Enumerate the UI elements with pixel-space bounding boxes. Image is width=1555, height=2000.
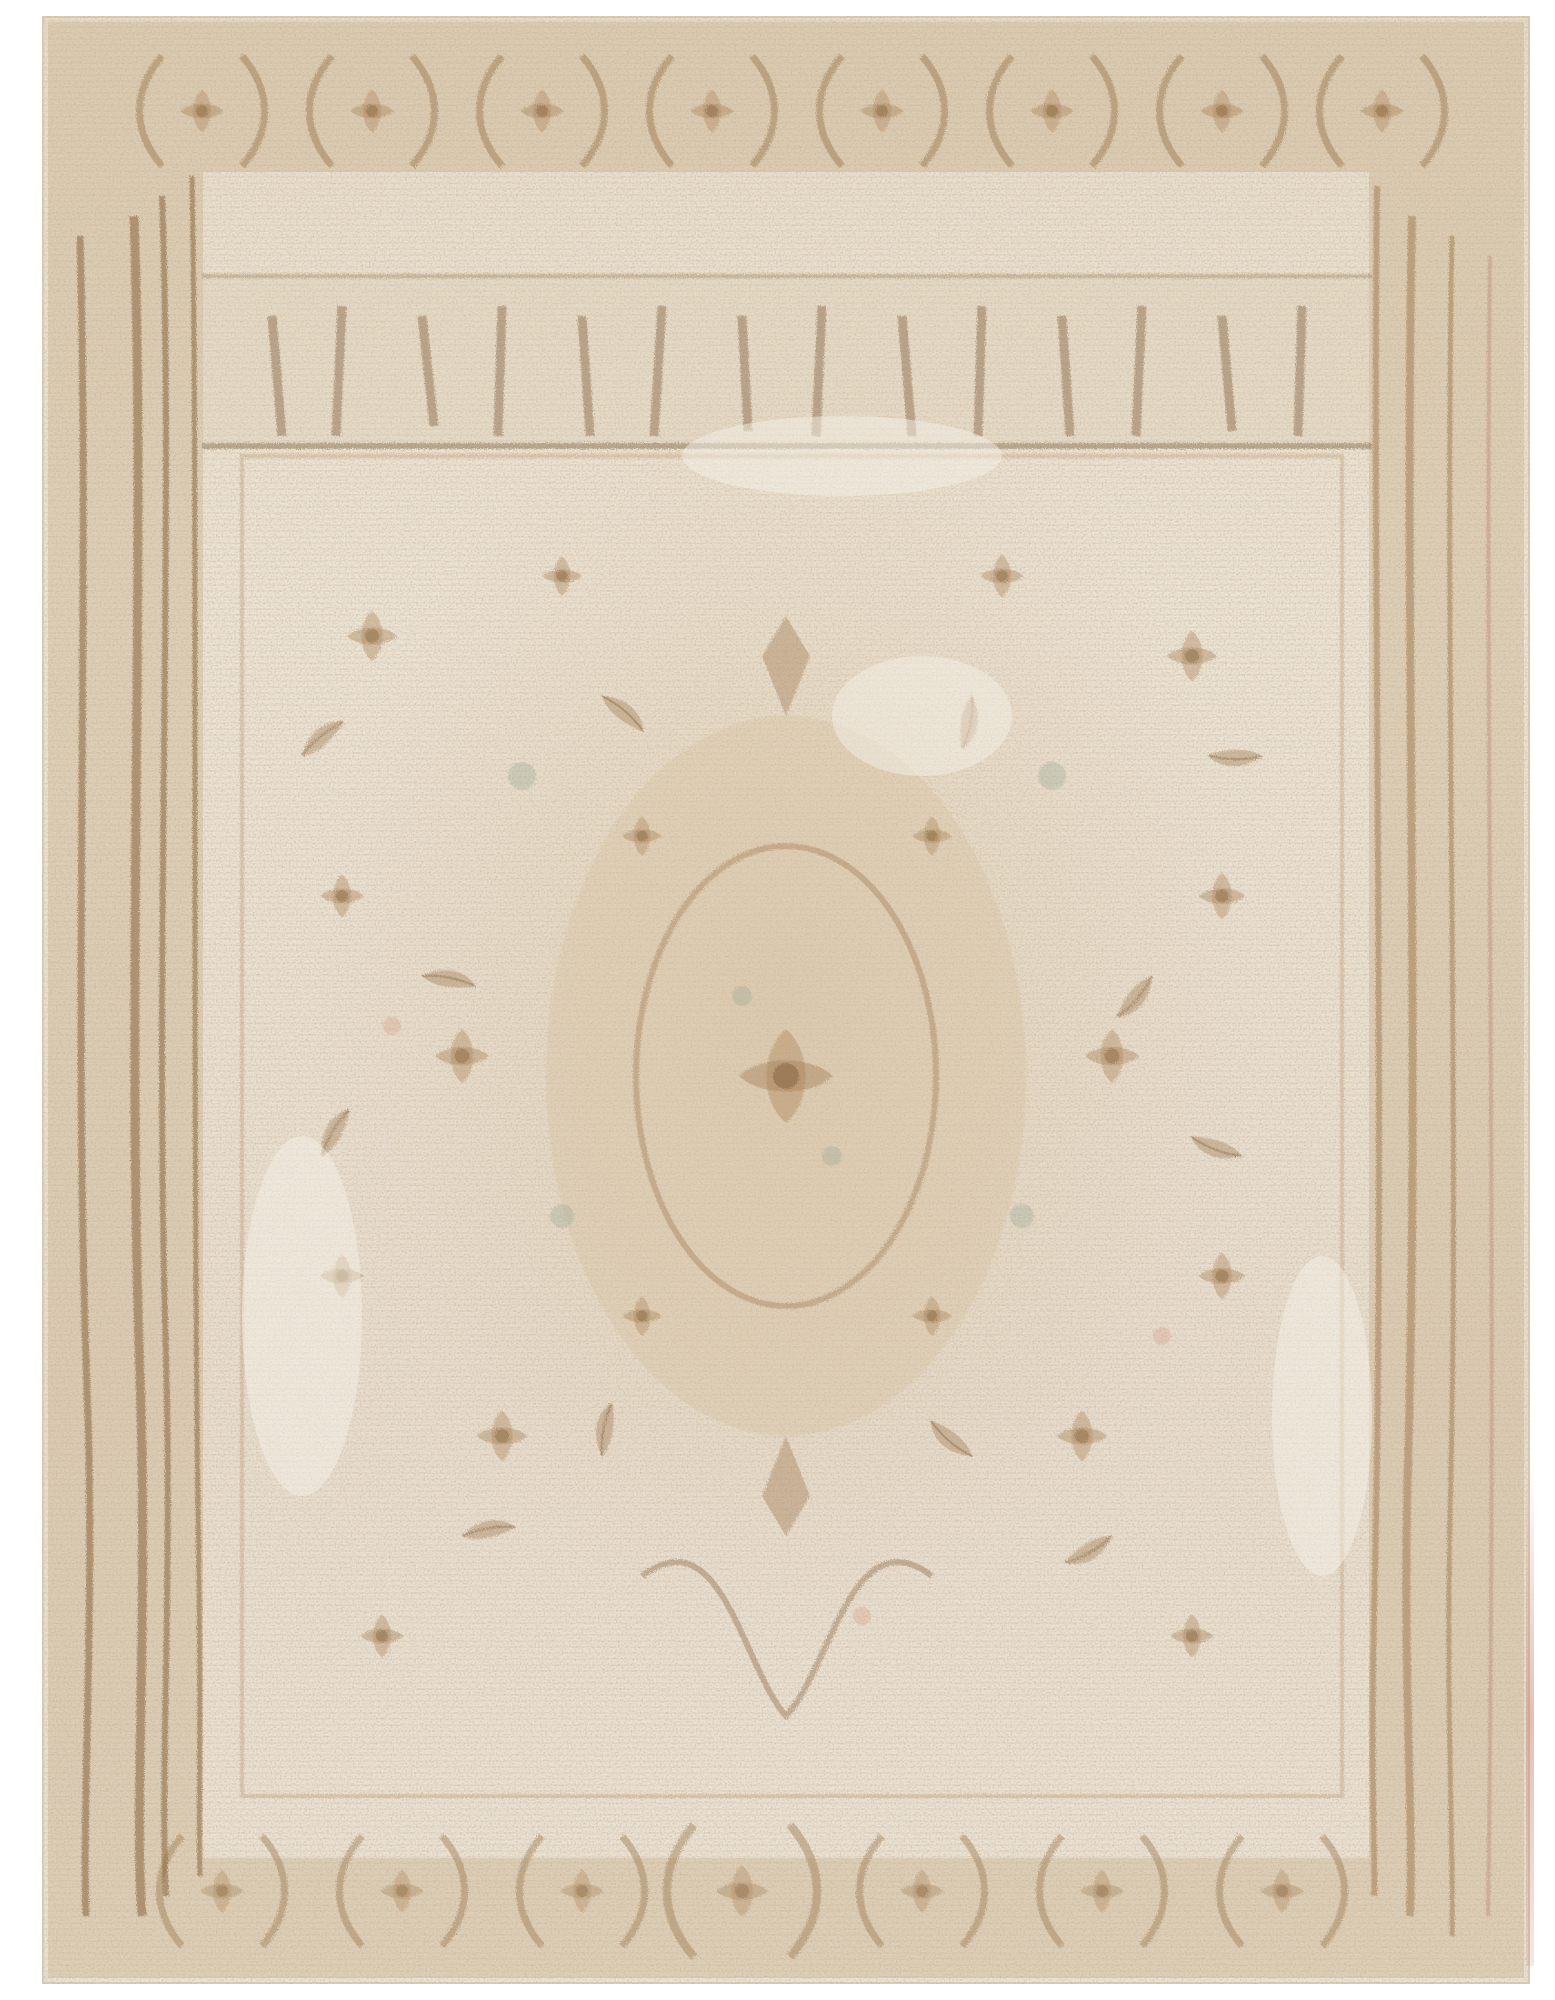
rug-pattern [42, 16, 1530, 1984]
rug-photo [42, 16, 1530, 1984]
